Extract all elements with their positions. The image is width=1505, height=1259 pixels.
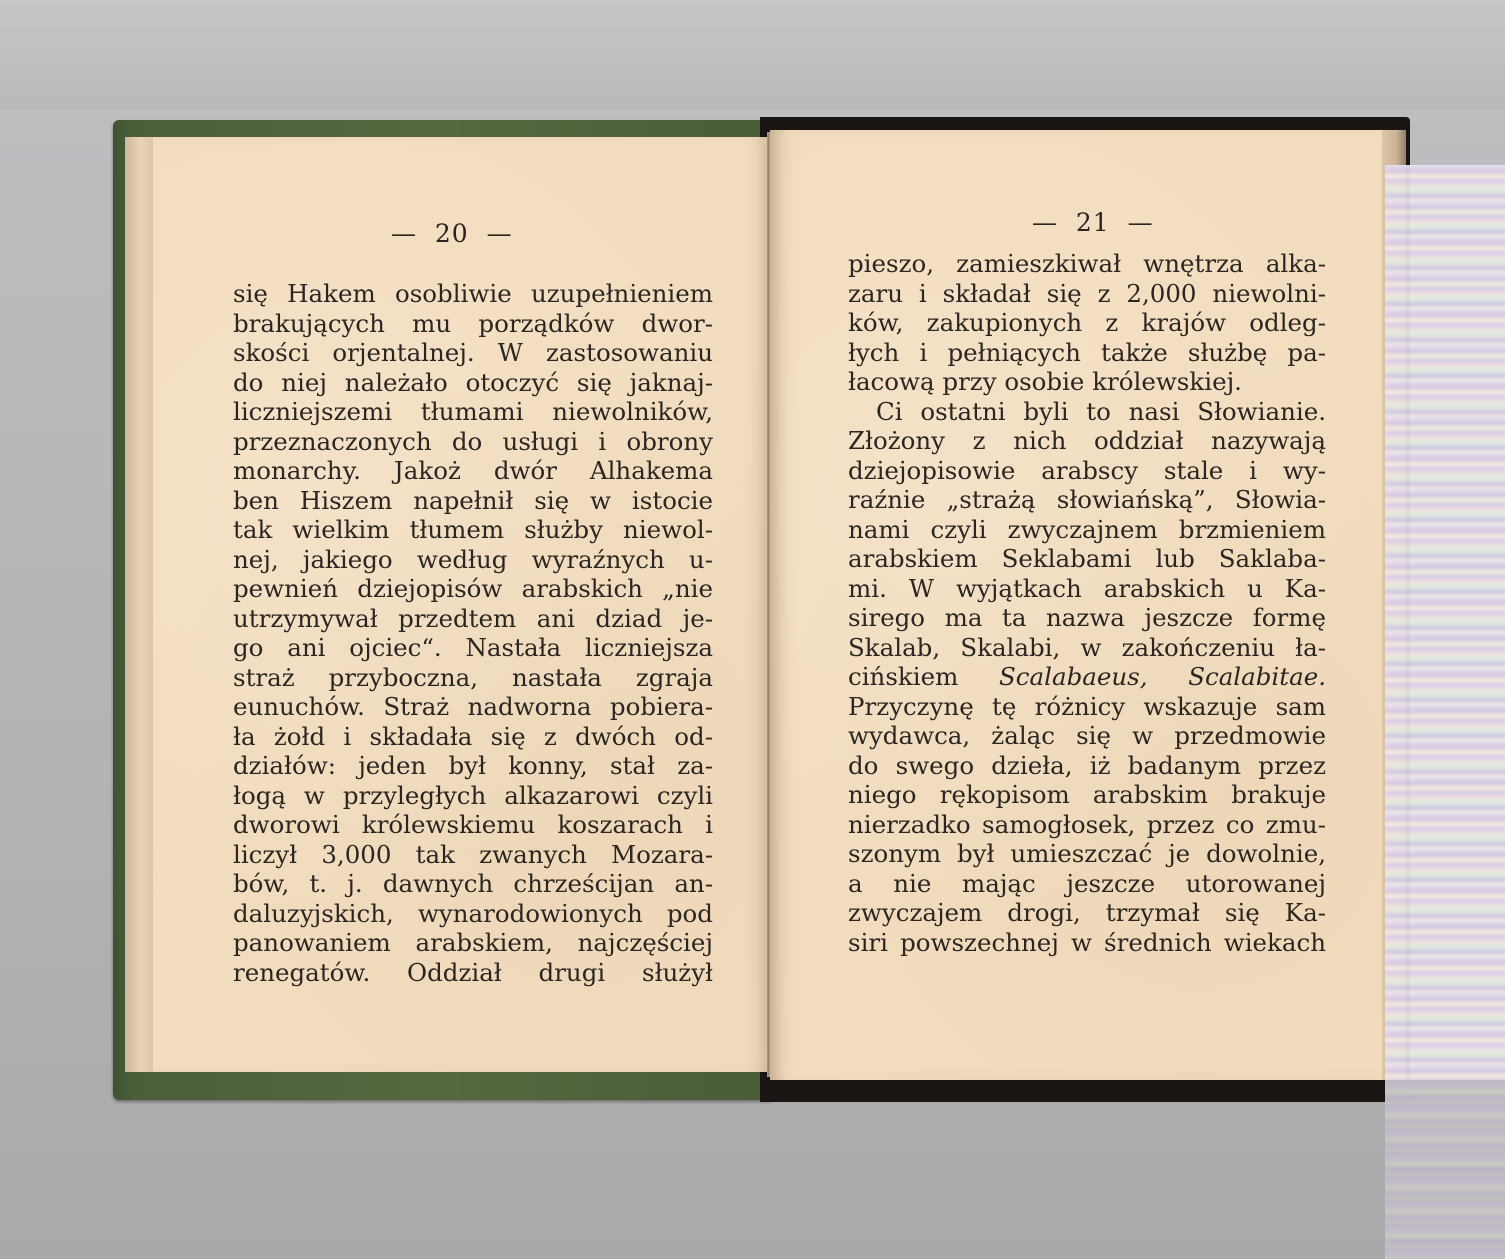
left-page: — 20 — się Hakem osobliwie uzupełnieniem… bbox=[153, 137, 770, 1072]
text-line: łogą w przyległych alkazarowi czyli bbox=[233, 781, 713, 811]
text-line: Przyczynę tę różnicy wskazuje sam bbox=[848, 692, 1326, 722]
text-line: raźnie „strażą słowiańską”, Słowia- bbox=[848, 485, 1326, 515]
text-line: szonym był umieszczać je dowolnie, bbox=[848, 839, 1326, 869]
text-line: nierzadko samogłosek, przez co zmu- bbox=[848, 810, 1326, 840]
text-line: pieszo, zamieszkiwał wnętrza alka- bbox=[848, 249, 1326, 279]
text-line: a nie mając jeszcze utorowanej bbox=[848, 869, 1326, 899]
text-line: eunuchów. Straż nadworna pobiera- bbox=[233, 692, 713, 722]
text-line: nami czyli zwyczajnem brzmieniem bbox=[848, 515, 1326, 545]
right-page: — 21 — pieszo, zamieszkiwał wnętrza alka… bbox=[770, 130, 1382, 1080]
text-line: panowaniem arabskiem, najczęściej bbox=[233, 928, 713, 958]
book-gutter bbox=[767, 132, 770, 1077]
text-line: ków, zakupionych z krajów odleg- bbox=[848, 308, 1326, 338]
text-line: dziejopisowie arabscy stale i wy- bbox=[848, 456, 1326, 486]
text-line: liczył 3,000 tak zwanych Mozara- bbox=[233, 840, 713, 870]
text-line: brakujących mu porządków dwor- bbox=[233, 309, 713, 339]
text-line: dworowi królewskiemu koszarach i bbox=[233, 810, 713, 840]
text-line: bów, t. j. dawnych chrześcijan an- bbox=[233, 869, 713, 899]
italic-term: Scalabitae. bbox=[1188, 662, 1326, 692]
text-line: go ani ojciec“. Nastała liczniejsza bbox=[233, 633, 713, 663]
page-stack-edge-left bbox=[125, 137, 155, 1072]
text-line: pewnień dziejopisów arabskich „nie bbox=[233, 574, 713, 604]
text-line-with-italics: cińskiem Scalabaeus, Scalabitae. bbox=[848, 662, 1326, 692]
text-line: straż przyboczna, nastała zgraja bbox=[233, 663, 713, 693]
text-line: utrzymywał przedtem ani dziad je- bbox=[233, 604, 713, 634]
text-line: skości orjentalnej. W zastosowaniu bbox=[233, 338, 713, 368]
text-line: monarchy. Jakoż dwór Alhakema bbox=[233, 456, 713, 486]
scanner-artifact-stripes-lower bbox=[1385, 1080, 1505, 1259]
text-line: arabskiem Seklabami lub Saklaba- bbox=[848, 544, 1326, 574]
text-line: zwyczajem drogi, trzymał się Ka- bbox=[848, 898, 1326, 928]
text-line: liczniejszemi tłumami niewolników, bbox=[233, 397, 713, 427]
page-number-left: — 20 — bbox=[391, 219, 513, 248]
scanner-background bbox=[0, 0, 1505, 110]
text-line: działów: jeden był konny, stał za- bbox=[233, 751, 713, 781]
text-line: Skalab, Skalabi, w zakończeniu ła- bbox=[848, 633, 1326, 663]
text-line: renegatów. Oddział drugi służył bbox=[233, 958, 713, 988]
text-line: siri powszechnej w średnich wiekach bbox=[848, 928, 1326, 958]
text-fragment: cińskiem bbox=[848, 662, 958, 692]
page-number-right: — 21 — bbox=[1032, 208, 1154, 237]
text-line: przeznaczonych do usługi i obrony bbox=[233, 427, 713, 457]
text-line: ben Hiszem napełnił się w istocie bbox=[233, 486, 713, 516]
text-line: Złożony z nich oddział nazywają bbox=[848, 426, 1326, 456]
italic-term: Scalabaeus, bbox=[999, 662, 1147, 692]
text-line: wydawca, żaląc się w przedmowie bbox=[848, 721, 1326, 751]
text-line: zaru i składał się z 2,000 niewolni- bbox=[848, 279, 1326, 309]
text-line: ła żołd i składała się z dwóch od- bbox=[233, 722, 713, 752]
text-line: mi. W wyjątkach arabskich u Ka- bbox=[848, 574, 1326, 604]
text-line: daluzyjskich, wynarodowionych pod bbox=[233, 899, 713, 929]
text-line: do niej należało otoczyć się jaknaj- bbox=[233, 368, 713, 398]
right-page-text: pieszo, zamieszkiwał wnętrza alka- zaru … bbox=[848, 249, 1326, 957]
text-line: się Hakem osobliwie uzupełnieniem bbox=[233, 279, 713, 309]
left-page-text: się Hakem osobliwie uzupełnieniem brakuj… bbox=[233, 279, 713, 987]
text-line: łacową przy osobie królewskiej. bbox=[848, 367, 1326, 397]
text-line: sirego ma ta nazwa jeszcze formę bbox=[848, 603, 1326, 633]
text-line: nej, jakiego według wyraźnych u- bbox=[233, 545, 713, 575]
text-line: Ci ostatni byli to nasi Słowianie. bbox=[848, 397, 1326, 427]
text-line: łych i pełniących także służbę pa- bbox=[848, 338, 1326, 368]
text-line: niego rękopisom arabskim brakuje bbox=[848, 780, 1326, 810]
text-line: do swego dzieła, iż badanym przez bbox=[848, 751, 1326, 781]
text-line: tak wielkim tłumem służby niewol- bbox=[233, 515, 713, 545]
